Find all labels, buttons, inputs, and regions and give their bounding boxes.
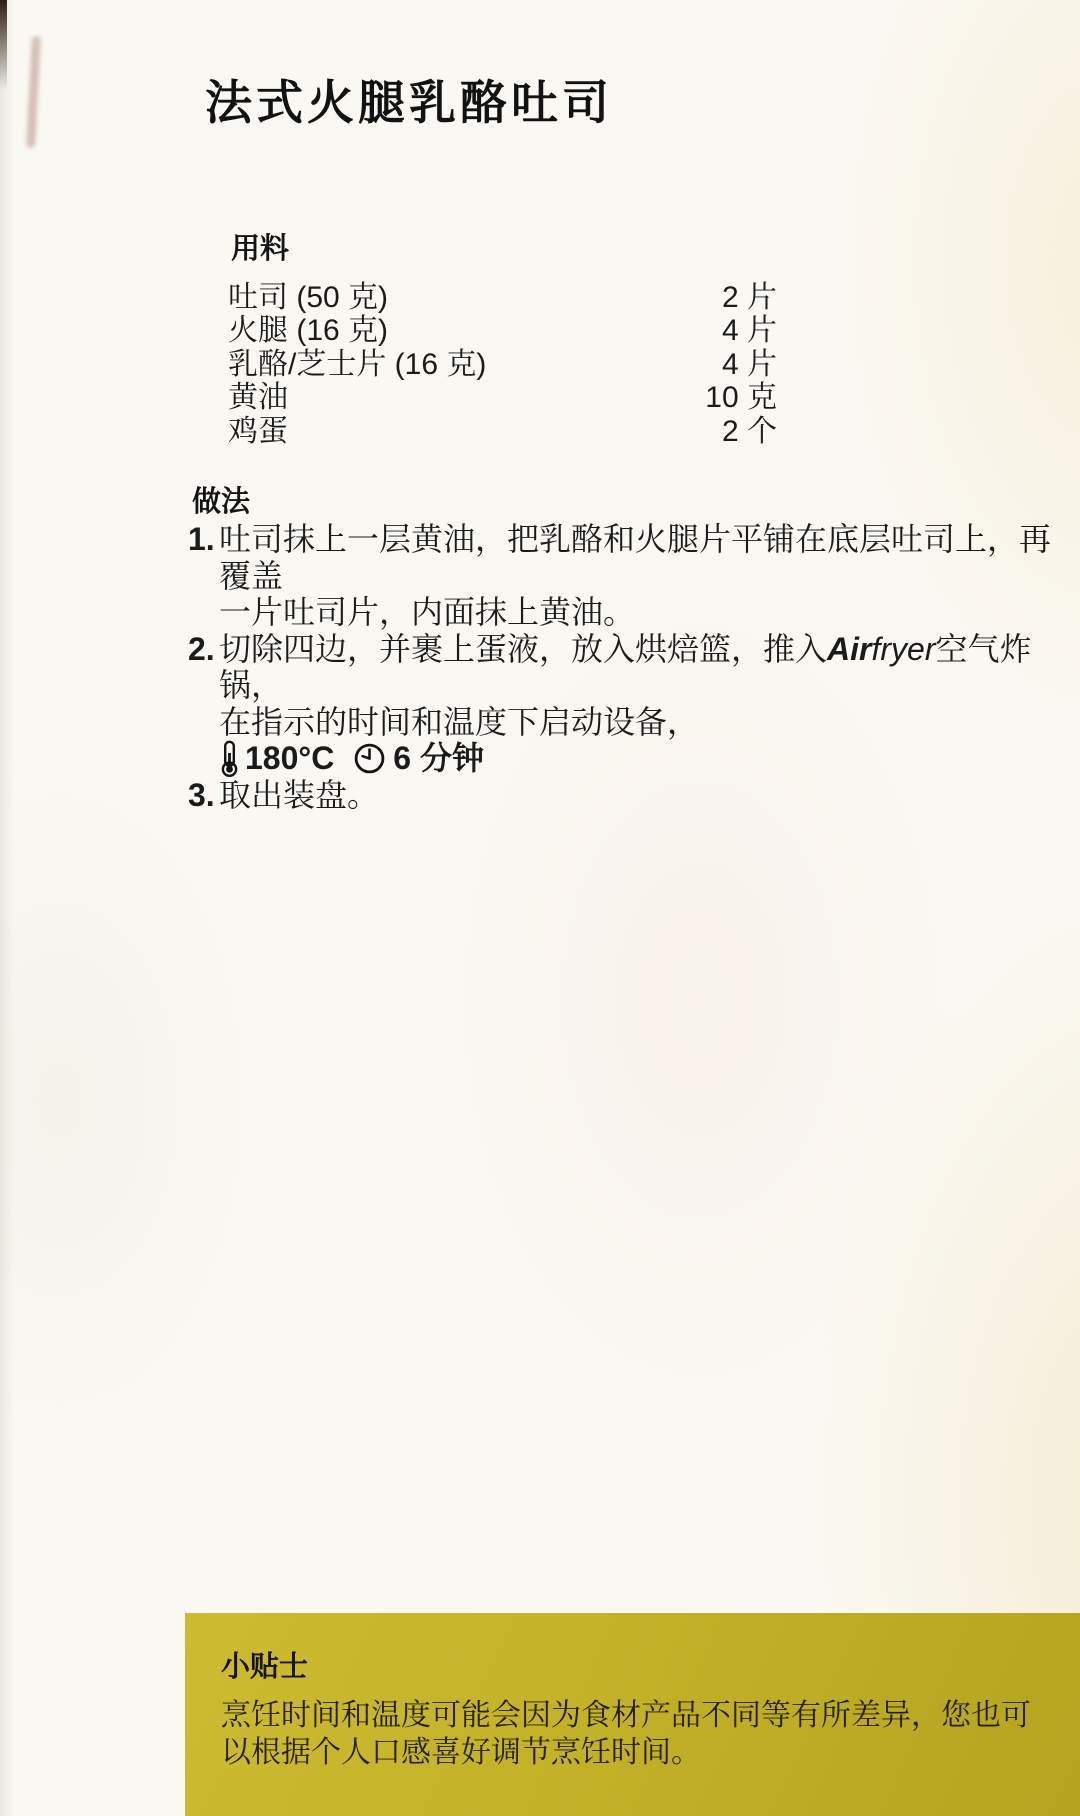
time-value: 6 分钟 [393, 740, 484, 777]
step-line-text: 切除四边，并裹上蛋液，放入烘焙篮，推入 [219, 631, 827, 667]
ingredients-heading: 用料 [231, 226, 289, 267]
method-step-2: 2. 切除四边，并裹上蛋液，放入烘焙篮，推入Airfryer空气炸锅， 在指示的… [188, 631, 1070, 777]
tips-heading: 小贴士 [221, 1644, 1040, 1685]
step-number: 2. [188, 631, 219, 777]
step-line: 取出装盘。 [219, 777, 1070, 814]
method-step-1: 1. 吐司抹上一层黄油，把乳酪和火腿片平铺在底层吐司上，再覆盖 一片吐司片，内面… [188, 521, 1070, 631]
tips-line: 烹饪时间和温度可能会因为食材产品不同等有所差异，您也可 [221, 1697, 1040, 1734]
tips-box: 小贴士 烹饪时间和温度可能会因为食材产品不同等有所差异，您也可 以根据个人口感喜… [185, 1613, 1080, 1816]
ingredient-name: 吐司 (50 克) [228, 281, 388, 314]
ingredient-quantity: 10 克 [705, 381, 777, 414]
ingredient-name: 乳酪/芝士片 (16 克) [228, 348, 486, 381]
page-edge-mark [0, 0, 7, 90]
airfryer-brand-air: Air [827, 631, 871, 667]
ingredient-name: 鸡蛋 [228, 415, 288, 448]
step-line: 切除四边，并裹上蛋液，放入烘焙篮，推入Airfryer空气炸锅， [219, 631, 1070, 704]
ingredient-name: 火腿 (16 克) [228, 314, 388, 347]
clock-icon [354, 743, 385, 774]
method-steps: 1. 吐司抹上一层黄油，把乳酪和火腿片平铺在底层吐司上，再覆盖 一片吐司片，内面… [188, 521, 1070, 813]
temperature-time-line: 180°C 6 分钟 [219, 740, 1070, 777]
airfryer-brand-fryer: fryer [871, 631, 935, 667]
ingredient-quantity: 4 片 [722, 348, 777, 381]
step-text: 取出装盘。 [219, 777, 1070, 814]
ingredient-row: 火腿 (16 克) 4 片 [228, 314, 777, 347]
temperature-value: 180°C [245, 740, 334, 777]
ingredient-row: 黄油 10 克 [228, 381, 777, 414]
step-text: 吐司抹上一层黄油，把乳酪和火腿片平铺在底层吐司上，再覆盖 一片吐司片，内面抹上黄… [219, 521, 1070, 631]
method-step-3: 3. 取出装盘。 [188, 777, 1070, 814]
ingredient-row: 吐司 (50 克) 2 片 [228, 281, 777, 314]
tips-text: 烹饪时间和温度可能会因为食材产品不同等有所差异，您也可 以根据个人口感喜好调节烹… [221, 1697, 1040, 1771]
ingredient-quantity: 4 片 [722, 314, 777, 347]
thermometer-icon [219, 740, 240, 777]
method-heading: 做法 [192, 479, 250, 520]
step-line: 一片吐司片，内面抹上黄油。 [219, 594, 1070, 631]
step-line: 吐司抹上一层黄油，把乳酪和火腿片平铺在底层吐司上，再覆盖 [219, 521, 1070, 594]
page-title: 法式火腿乳酪吐司 [205, 66, 613, 133]
ingredients-list: 吐司 (50 克) 2 片 火腿 (16 克) 4 片 乳酪/芝士片 (16 克… [228, 281, 777, 448]
step-number: 3. [188, 777, 219, 814]
ingredient-quantity: 2 片 [722, 281, 777, 314]
recipe-page: 法式火腿乳酪吐司 用料 吐司 (50 克) 2 片 火腿 (16 克) 4 片 … [0, 0, 1080, 1816]
ingredient-quantity: 2 个 [722, 415, 777, 448]
tips-line: 以根据个人口感喜好调节烹饪时间。 [221, 1734, 1040, 1771]
step-text: 切除四边，并裹上蛋液，放入烘焙篮，推入Airfryer空气炸锅， 在指示的时间和… [219, 631, 1070, 777]
ingredient-name: 黄油 [228, 381, 288, 414]
ingredient-row: 鸡蛋 2 个 [228, 415, 777, 448]
ingredient-row: 乳酪/芝士片 (16 克) 4 片 [228, 348, 777, 381]
step-line: 在指示的时间和温度下启动设备， [219, 704, 1070, 741]
page-edge-streak [26, 36, 41, 148]
step-number: 1. [188, 521, 219, 631]
